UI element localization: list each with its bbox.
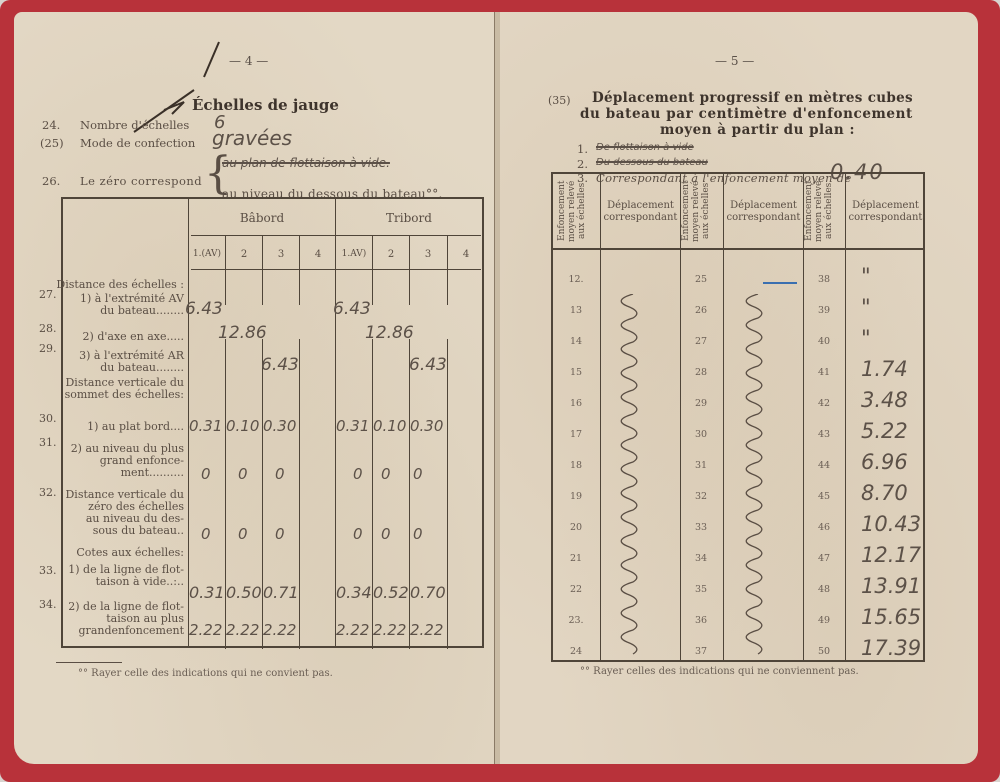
cell-value: 0	[353, 465, 363, 483]
option-number: 2.	[577, 157, 588, 171]
cell-value: 0.52	[373, 583, 409, 602]
page-number: — 5 —	[715, 54, 754, 68]
cell-value: 0	[413, 525, 423, 543]
displacement-value: 1.74	[861, 357, 908, 381]
cell-value: 0.31	[336, 417, 369, 435]
cell-value: 0.71	[263, 583, 299, 602]
depth-value: 24	[561, 646, 591, 657]
depth-value: 27	[686, 336, 716, 347]
displacement-value: 15.65	[861, 605, 921, 629]
gauge-scales-table: Bâbord Tribord 1.(AV) 2 3 4 1.AV) 2 3 4 …	[61, 197, 484, 648]
cell-value: 6.43	[409, 355, 447, 375]
depth-value: 32	[686, 491, 716, 502]
row-label: 2) d'axe en axe.....	[83, 331, 184, 343]
depth-value: 47	[809, 553, 839, 564]
column-header: Enfoncement moyen relevé aux échelles	[557, 176, 597, 246]
cell-value: 0.34	[336, 583, 372, 602]
depth-value: 18	[561, 460, 591, 471]
cell-value: 0	[381, 465, 391, 483]
cell-value: 12.86	[218, 323, 267, 343]
depth-value: 41	[809, 367, 839, 378]
column-header: 2	[373, 249, 409, 260]
cell-value: 0	[275, 525, 285, 543]
row-number: 27.	[39, 288, 57, 301]
footnote: °° Rayer celle des indications qui ne co…	[78, 668, 333, 679]
depth-value: 23.	[561, 615, 591, 626]
cell-value: 0.31	[189, 417, 222, 435]
displacement-value: "	[861, 326, 871, 350]
depth-value: 29	[686, 398, 716, 409]
displacement-value: "	[861, 295, 871, 319]
depth-value: 42	[809, 398, 839, 409]
depth-value: 16	[561, 398, 591, 409]
displacement-value: 6.96	[861, 450, 908, 474]
displacement-value: 13.91	[861, 574, 921, 598]
cell-value: 6.43	[185, 299, 223, 319]
depth-value: 22	[561, 584, 591, 595]
depth-value: 15	[561, 367, 591, 378]
depth-value: 50	[809, 646, 839, 657]
struck-option: De flottaison à vide	[596, 142, 694, 153]
row-number: 30.	[39, 412, 57, 425]
depth-value: 37	[686, 646, 716, 657]
depth-value: 26	[686, 305, 716, 316]
column-header: Déplacement correspondant	[601, 200, 680, 224]
row-label: 3) à l'extrémité AR du bateau........	[79, 350, 184, 374]
cell-value: 2.22	[226, 621, 259, 639]
section-title-line: moyen à partir du plan :	[660, 122, 855, 138]
cell-value: 12.86	[365, 323, 414, 343]
displacement-value: 3.48	[861, 388, 908, 412]
column-header: 3	[263, 249, 299, 260]
displacement-value: 12.17	[861, 543, 921, 567]
row-number: 29.	[39, 342, 57, 355]
footnote: °° Rayer celles des indications qui ne c…	[580, 666, 859, 677]
field-number: (25)	[40, 136, 64, 150]
blue-mark	[763, 282, 797, 284]
cell-value: 0	[353, 525, 363, 543]
column-header: 4	[448, 249, 484, 260]
column-header: 1.AV)	[336, 249, 372, 259]
cell-value: 0.70	[410, 583, 446, 602]
row-label: 2) au niveau du plus grand enfonce- ment…	[71, 443, 184, 479]
depth-value: 40	[809, 336, 839, 347]
section-title-line: Déplacement progressif en mètres cubes	[592, 90, 913, 106]
column-header: Enfoncement moyen relevé aux échelles	[681, 176, 721, 246]
depth-value: 44	[809, 460, 839, 471]
row-number: 33.	[39, 564, 57, 577]
cell-value: 0.30	[263, 417, 296, 435]
depth-value: 46	[809, 522, 839, 533]
column-header: Déplacement correspondant	[724, 200, 803, 224]
depth-value: 43	[809, 429, 839, 440]
cell-value: 2.22	[189, 621, 222, 639]
displacement-value: 5.22	[861, 419, 908, 443]
depth-value: 28	[686, 367, 716, 378]
field-label: Nombre d'échelles	[80, 118, 189, 132]
displacement-value: "	[861, 264, 871, 288]
field-number: 26.	[42, 174, 60, 188]
row-label: 1) à l'extrémité AV du bateau........	[80, 293, 184, 317]
depth-value: 31	[686, 460, 716, 471]
struck-option: Du dessous du bateau	[596, 157, 708, 168]
column-header: 4	[300, 249, 336, 260]
cell-value: 0	[381, 525, 391, 543]
section-label: Distance verticale du sommet des échelle…	[65, 377, 184, 401]
displacement-value: 17.39	[861, 636, 921, 660]
option-number: 1.	[577, 142, 588, 156]
row-label: 2) de la ligne de flot- taison au plus g…	[68, 601, 184, 637]
field-label: Le zéro correspond	[80, 174, 202, 188]
depth-value: 39	[809, 305, 839, 316]
section-title-line: du bateau par centimètre d'enfoncement	[580, 106, 913, 122]
cell-value: 0	[238, 525, 248, 543]
cell-value: 0	[413, 465, 423, 483]
column-header: Déplacement correspondant	[846, 200, 925, 224]
cell-value: 2.22	[373, 621, 406, 639]
depth-value: 49	[809, 615, 839, 626]
cell-value: 0.10	[226, 417, 259, 435]
cell-value: 2.22	[263, 621, 296, 639]
left-page: — 4 — Échelles de jauge 24. Nombre d'éch…	[14, 12, 494, 764]
cell-value: 6.43	[261, 355, 299, 375]
cell-value: 0.10	[373, 417, 406, 435]
row-label: 1) de la ligne de flot- taison à vide..:…	[68, 564, 184, 588]
cell-value: 0.31	[189, 583, 225, 602]
depth-value: 13	[561, 305, 591, 316]
footnote-rule	[56, 662, 122, 663]
displacement-value: 10.43	[861, 512, 921, 536]
right-page: — 5 — (35) Déplacement progressif en mèt…	[500, 12, 978, 764]
cell-value: 0.30	[410, 417, 443, 435]
section-label: Distance des échelles :	[56, 279, 184, 291]
column-header: 3	[410, 249, 446, 260]
column-group-header: Bâbord	[189, 211, 335, 225]
wavy-line-icon	[613, 294, 673, 664]
depth-value: 25	[686, 274, 716, 285]
column-group-header: Tribord	[336, 211, 482, 225]
depth-value: 20	[561, 522, 591, 533]
depth-value: 36	[686, 615, 716, 626]
depth-value: 17	[561, 429, 591, 440]
cell-value: 0	[201, 465, 211, 483]
depth-value: 34	[686, 553, 716, 564]
field-number: 24.	[42, 118, 60, 132]
column-header: 2	[226, 249, 262, 260]
displacement-table: Enfoncement moyen relevé aux échelles Dé…	[551, 172, 925, 662]
depth-value: 33	[686, 522, 716, 533]
section-number: (35)	[548, 94, 571, 107]
column-header: Enfoncement moyen relevé aux échelles	[804, 176, 844, 246]
cell-value: 0	[238, 465, 248, 483]
struck-option: au plan de flottaison à vide.	[222, 156, 390, 170]
row-number: 34.	[39, 598, 57, 611]
row-label: 1) au plat bord....	[87, 421, 184, 433]
displacement-value: 8.70	[861, 481, 908, 505]
depth-value: 12.	[561, 274, 591, 285]
depth-value: 48	[809, 584, 839, 595]
field-value: gravées	[212, 126, 292, 150]
wavy-line-icon	[738, 294, 798, 664]
row-number: 32.	[39, 486, 57, 499]
cell-value: 6.43	[333, 299, 371, 319]
depth-value: 38	[809, 274, 839, 285]
cell-value: 0	[201, 525, 211, 543]
row-number: 28.	[39, 322, 57, 335]
row-label: Distance verticale du zéro des échelles …	[65, 489, 184, 537]
cell-value: 0	[275, 465, 285, 483]
depth-value: 30	[686, 429, 716, 440]
cell-value: 0.50	[226, 583, 262, 602]
field-label: Mode de confection	[80, 136, 195, 150]
depth-value: 21	[561, 553, 591, 564]
depth-value: 45	[809, 491, 839, 502]
cell-value: 2.22	[410, 621, 443, 639]
depth-value: 19	[561, 491, 591, 502]
row-number: 31.	[39, 436, 57, 449]
depth-value: 14	[561, 336, 591, 347]
section-label: Cotes aux échelles:	[76, 547, 184, 559]
depth-value: 35	[686, 584, 716, 595]
column-header: 1.(AV)	[189, 249, 225, 259]
cell-value: 2.22	[336, 621, 369, 639]
